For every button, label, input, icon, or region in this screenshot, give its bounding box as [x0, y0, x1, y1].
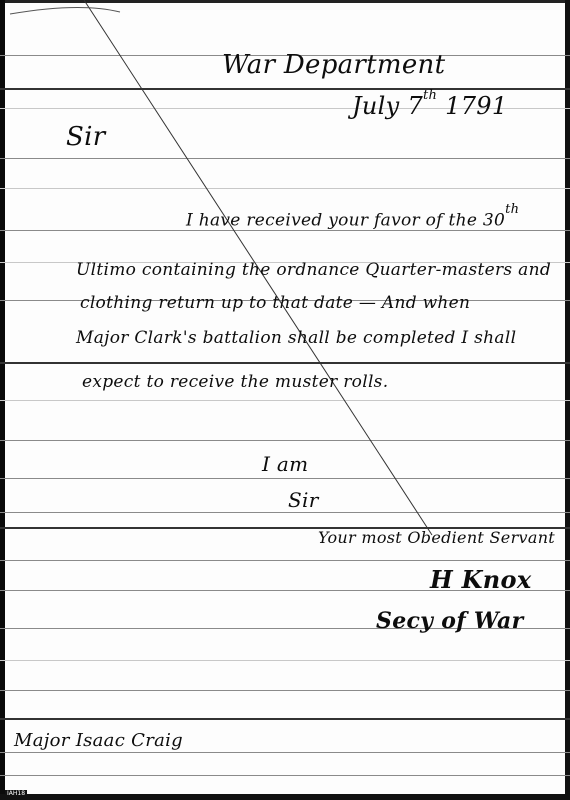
- letterhead-office: War Department: [222, 50, 445, 80]
- body-line-3: clothing return up to that date — And wh…: [80, 293, 470, 313]
- body-line-1-text: I have received your favor of the 30: [186, 211, 505, 231]
- archive-label: IAH18: [5, 790, 27, 798]
- date-day: July 7: [352, 92, 423, 120]
- letter-page: War Department July 7th 1791 Sir I have …: [0, 0, 570, 800]
- signature-name: H Knox: [430, 565, 531, 594]
- body-line-5: expect to receive the muster rolls.: [82, 372, 388, 392]
- addressee: Major Isaac Craig: [14, 730, 183, 751]
- closing-servant: Your most Obedient Servant: [318, 528, 555, 547]
- letter-date: July 7th 1791: [352, 92, 507, 120]
- diagonal-strike-line: [0, 0, 570, 800]
- salutation: Sir: [66, 122, 105, 152]
- body-line-2: Ultimo containing the ordnance Quarter-m…: [76, 260, 551, 280]
- closing-sir: Sir: [288, 488, 319, 512]
- closing-i-am: I am: [262, 452, 308, 476]
- date-year: 1791: [445, 92, 507, 120]
- signature-title: Secy of War: [376, 608, 523, 634]
- body-line-1: I have received your favor of the 30th: [186, 208, 519, 231]
- date-ordinal: th: [423, 88, 437, 103]
- body-line-1-ordinal: th: [505, 202, 519, 217]
- body-line-4: Major Clark's battalion shall be complet…: [76, 328, 516, 348]
